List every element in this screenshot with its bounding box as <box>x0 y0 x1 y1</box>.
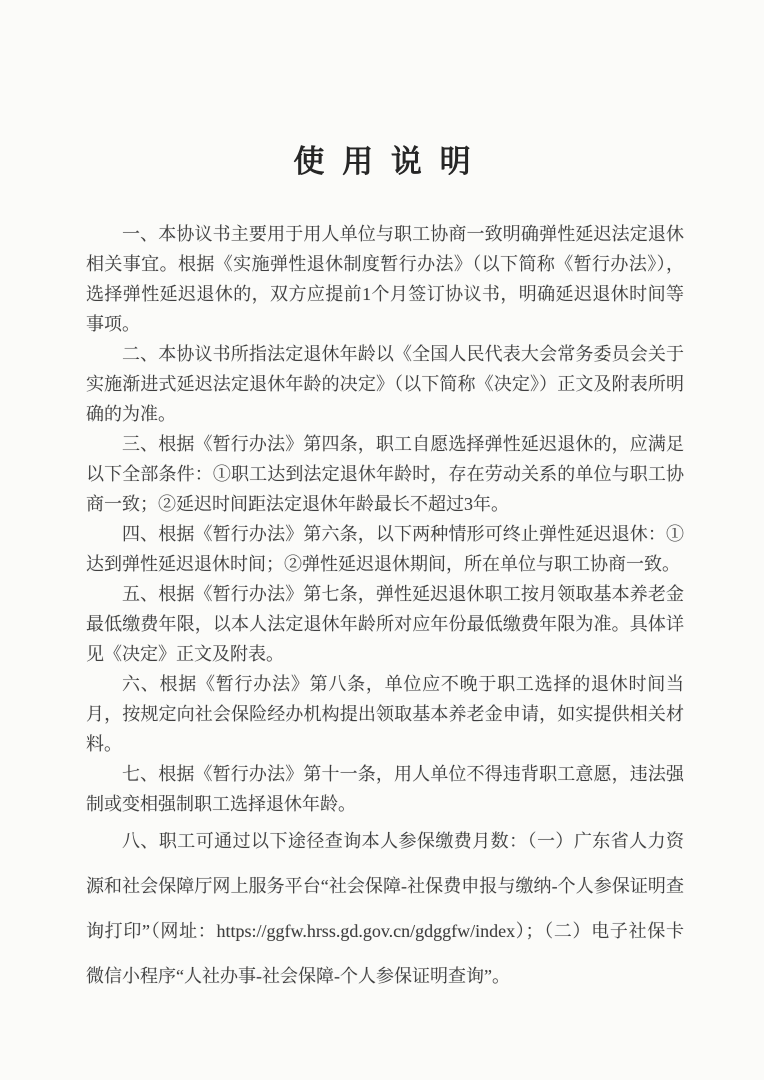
paragraph-5: 五、根据《暂行办法》第七条，弹性延迟退休职工按月领取基本养老金最低缴费年限，以本… <box>86 579 684 669</box>
page-title: 使 用 说 明 <box>0 0 764 181</box>
paragraph-1: 一、本协议书主要用于用人单位与职工协商一致明确弹性延迟法定退休相关事宜。根据《实… <box>86 219 684 339</box>
document-body: 一、本协议书主要用于用人单位与职工协商一致明确弹性延迟法定退休相关事宜。根据《实… <box>86 219 684 999</box>
paragraph-4: 四、根据《暂行办法》第六条，以下两种情形可终止弹性延迟退休：①达到弹性延迟退休时… <box>86 519 684 579</box>
document-page: 使 用 说 明 一、本协议书主要用于用人单位与职工协商一致明确弹性延迟法定退休相… <box>0 0 764 1080</box>
paragraph-2: 二、本协议书所指法定退休年龄以《全国人民代表大会常务委员会关于实施渐进式延迟法定… <box>86 339 684 429</box>
paragraph-8: 八、职工可通过以下途径查询本人参保缴费月数：（一）广东省人力资源和社会保障厅网上… <box>86 819 684 999</box>
paragraph-7: 七、根据《暂行办法》第十一条，用人单位不得违背职工意愿，违法强制或变相强制职工选… <box>86 759 684 819</box>
paragraph-6: 六、根据《暂行办法》第八条，单位应不晚于职工选择的退休时间当月，按规定向社会保险… <box>86 669 684 759</box>
paragraph-3: 三、根据《暂行办法》第四条，职工自愿选择弹性延迟退休的，应满足以下全部条件：①职… <box>86 429 684 519</box>
